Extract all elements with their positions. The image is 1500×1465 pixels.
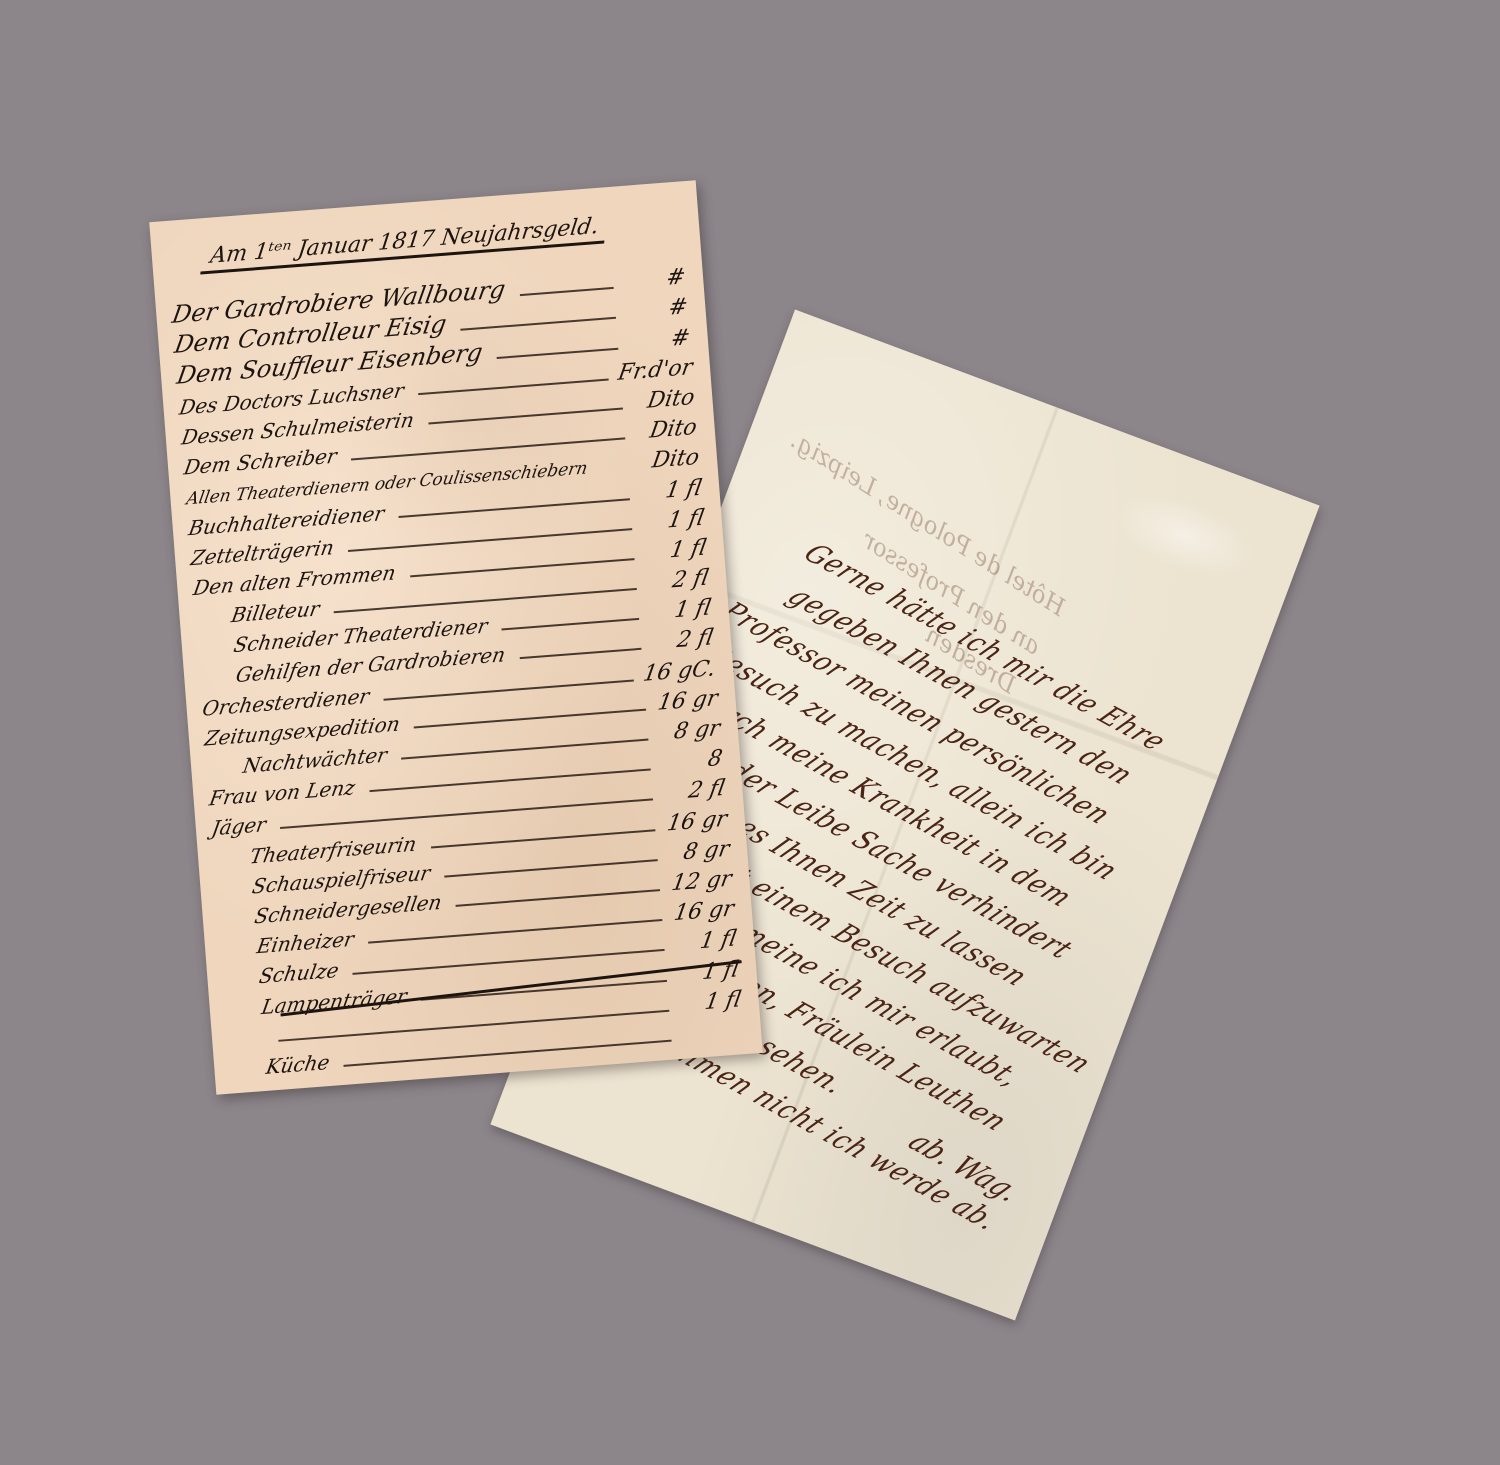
ledger-rule (344, 1040, 672, 1067)
ledger-rule (520, 287, 614, 296)
photo-scene: Hôtel de Pologne, Leipzig. an den Profes… (0, 0, 1500, 1465)
paper-stain (1103, 477, 1268, 595)
ledger-amount (682, 1042, 744, 1047)
ledger-rule (602, 470, 628, 472)
ledger-title: Am 1ᵗᵉⁿ Januar 1817 Neujahrsgeld. (200, 213, 608, 274)
gratuity-ledger: Am 1ᵗᵉⁿ Januar 1817 Neujahrsgeld. Der Ga… (149, 180, 763, 1094)
ledger-name: Küche (228, 1050, 331, 1082)
ledger-rows: Der Gardrobiere Wallbourg # Dem Controll… (171, 259, 744, 1081)
